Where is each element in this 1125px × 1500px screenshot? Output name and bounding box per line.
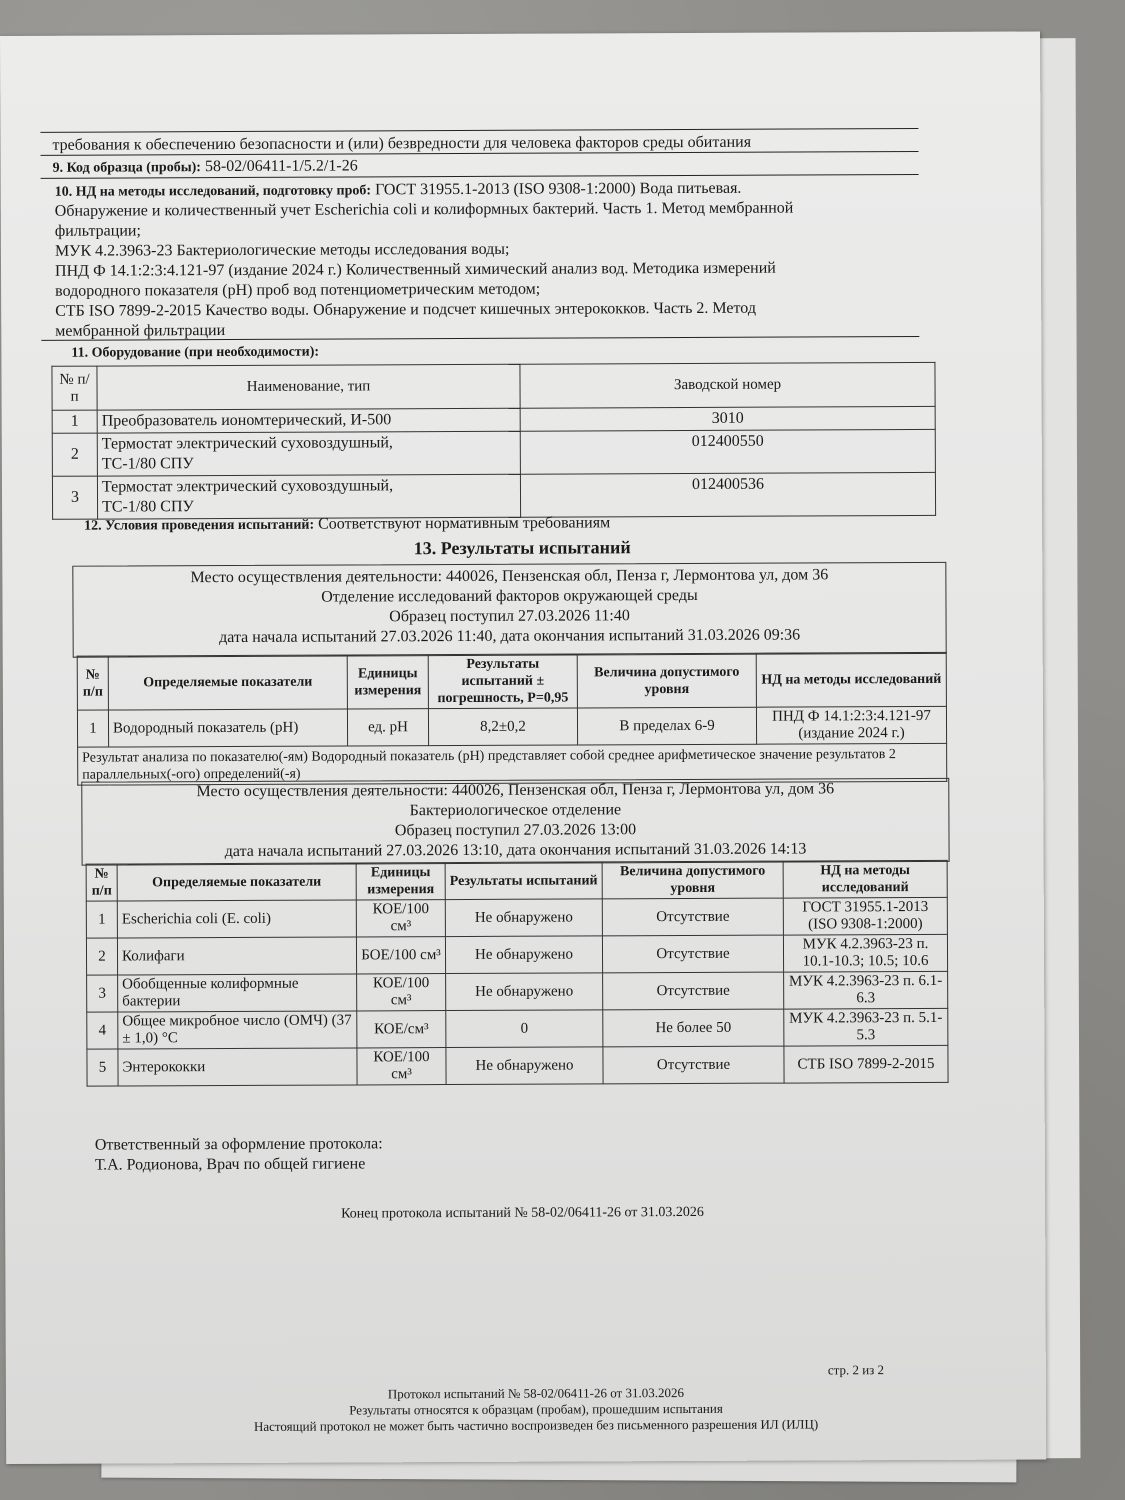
responsible-label: Ответственный за оформление протокола:: [95, 1134, 383, 1155]
row-num: 1: [52, 410, 97, 433]
indicator: Обобщенные колиформные бактерии: [118, 974, 357, 1012]
result: Не обнаружено: [445, 936, 602, 974]
result: Не обнаружено: [446, 1047, 603, 1085]
method: СТБ ISO 7899-2-2015: [784, 1045, 948, 1083]
methods-line: Обнаружение и количественный учет Escher…: [55, 199, 794, 222]
method: МУК 4.2.3963-23 п. 5.1-5.3: [784, 1008, 948, 1046]
col-header-num: № п/п: [77, 656, 108, 710]
allowed-limit: Отсутствие: [602, 935, 783, 973]
col-header-indicator: Определяемые показатели: [117, 863, 356, 901]
method: ПНД Ф 14.1:2:3:4.121-97 (издание 2024 г.…: [756, 706, 946, 744]
result: Не обнаружено: [445, 899, 602, 937]
footer-line: Настоящий протокол не может быть частичн…: [246, 1416, 826, 1435]
test-dates: дата начала испытаний 27.03.2026 13:10, …: [83, 839, 949, 863]
table-row: 3 Термостат электрический суховоздушный,…: [52, 472, 935, 519]
table-row: 1 Водородный показатель (pH) ед. pH 8,2±…: [77, 706, 946, 747]
result: Не обнаружено: [446, 973, 603, 1011]
bacteriology-results-table: № п/п Определяемые показатели Единицы из…: [86, 860, 949, 1087]
row-num: 2: [52, 433, 97, 476]
equipment-serial: 012400550: [520, 429, 935, 474]
unit: КОЕ/100 см³: [357, 1048, 446, 1085]
results-title: 13. Результаты испытаний: [302, 537, 742, 560]
methods-line: МУК 4.2.3963-23 Бактериологические метод…: [55, 240, 510, 262]
method: ГОСТ 31955.1-2013 (ISO 9308-1:2000): [783, 897, 947, 935]
divider: [40, 128, 918, 133]
col-header-method: НД на методы исследований: [756, 652, 946, 707]
sample-code-label: 9. Код образца (пробы):: [53, 160, 201, 176]
col-header-num: № п/п: [52, 366, 97, 410]
sample-code-value: 58-02/06411-1/5.2/1-26: [205, 157, 358, 175]
protocol-end: Конец протокола испытаний № 58-02/06411-…: [341, 1205, 704, 1223]
responsible-name: Т.А. Родионова, Врач по общей гигиене: [95, 1154, 365, 1175]
table-row: 1 Escherichia coli (E. coli) КОЕ/100 см³…: [86, 897, 947, 938]
col-header-method: НД на методы исследований: [783, 860, 947, 898]
allowed-limit: Отсутствие: [603, 1046, 784, 1084]
table-row: 4 Общее микробное число (ОМЧ) (37 ± 1,0)…: [87, 1008, 948, 1049]
indicator: Водородный показатель (pH): [108, 709, 347, 747]
test-conditions: 12. Условия проведения испытаний: Соотве…: [84, 513, 610, 536]
methods-line: фильтрации;: [55, 221, 141, 241]
row-num: 4: [87, 1012, 118, 1049]
equipment-name: Преобразователь иономтерический, И-500: [97, 408, 520, 433]
methods-line: ГОСТ 31955.1-2013 (ISO 9308-1:2000) Вода…: [375, 180, 741, 199]
methods-line: ПНД Ф 14.1:2:3:4.121-97 (издание 2024 г.…: [55, 259, 776, 282]
row-num: 2: [86, 938, 117, 975]
method: МУК 4.2.3963-23 п. 10.1-10.3; 10.5; 10.6: [783, 934, 947, 972]
row-num: 3: [87, 975, 118, 1012]
row-num: 1: [77, 710, 108, 747]
methods-line: водородного показателя (pH) проб вод пот…: [55, 280, 540, 302]
chemistry-results-table: № п/п Определяемые показатели Единицы из…: [77, 652, 948, 786]
col-header-limit: Величина допустимого уровня: [602, 861, 783, 899]
unit: КОЕ/см³: [357, 1011, 446, 1048]
methods-line: СТБ ISO 7899-2-2015 Качество воды. Обнар…: [55, 299, 756, 322]
activity-place: Место осуществления деятельности: 440026…: [73, 565, 945, 589]
allowed-limit: Отсутствие: [603, 972, 784, 1010]
allowed-limit: Отсутствие: [602, 898, 783, 936]
col-header-serial: Заводской номер: [520, 362, 935, 408]
indicator: Escherichia coli (E. coli): [117, 900, 356, 938]
col-header-result: Результаты испытаний ± погрешность, P=0,…: [428, 654, 577, 709]
row-num: 5: [87, 1049, 118, 1086]
col-header-unit: Единицы измерения: [356, 863, 445, 900]
equipment-table: № п/п Наименование, тип Заводской номер …: [51, 362, 936, 520]
table-row: 3 Обобщенные колиформные бактерии КОЕ/10…: [87, 971, 948, 1012]
col-header-limit: Величина допустимого уровня: [577, 653, 756, 708]
row-num: 3: [52, 476, 97, 519]
col-header-unit: Единицы измерения: [347, 655, 428, 709]
test-conditions-label: 12. Условия проведения испытаний:: [84, 518, 314, 534]
activity-place: Место осуществления деятельности: 440026…: [82, 779, 948, 803]
col-header-result: Результаты испытаний: [445, 862, 602, 900]
row-num: 1: [86, 901, 117, 938]
result: 8,2±0,2: [428, 708, 577, 746]
equipment-name: Термостат электрический суховоздушный, Т…: [97, 431, 520, 476]
equipment-name: Термостат электрический суховоздушный, Т…: [97, 474, 520, 519]
unit: КОЕ/100 см³: [357, 974, 446, 1011]
equipment-serial: 012400536: [520, 472, 935, 517]
allowed-limit: Не более 50: [603, 1009, 784, 1047]
result: 0: [446, 1010, 603, 1048]
indicator: Колифаги: [117, 937, 356, 975]
test-dates: дата начала испытаний 27.03.2026 11:40, …: [74, 625, 946, 649]
sample-code: 9. Код образца (пробы): 58-02/06411-1/5.…: [53, 156, 358, 178]
table-row: 2 Колифаги БОЕ/100 см³ Не обнаружено Отс…: [86, 934, 947, 975]
table-row: 5 Энтерококки КОЕ/100 см³ Не обнаружено …: [87, 1045, 948, 1086]
results-block-bacteriology-header: Место осуществления деятельности: 440026…: [81, 778, 949, 866]
indicator: Общее микробное число (ОМЧ) (37 ± 1,0) °…: [118, 1011, 357, 1049]
results-block-chemistry-header: Место осуществления деятельности: 440026…: [72, 562, 946, 658]
indicator: Энтерококки: [118, 1048, 357, 1086]
test-conditions-value: Соответствуют нормативным требованиям: [318, 514, 610, 532]
col-header-indicator: Определяемые показатели: [108, 655, 347, 710]
equipment-serial: 3010: [520, 406, 935, 431]
table-row: 2 Термостат электрический суховоздушный,…: [52, 429, 935, 476]
unit: ед. pH: [347, 709, 428, 746]
col-header-num: № п/п: [86, 864, 117, 901]
unit: БОЕ/100 см³: [356, 937, 445, 974]
unit: КОЕ/100 см³: [356, 900, 445, 937]
col-header-name: Наименование, тип: [97, 364, 520, 410]
protocol-page: требования к обеспечению безопасности и …: [0, 31, 1046, 1464]
equipment-label: 11. Оборудование (при необходимости):: [71, 343, 319, 364]
methods-label: 10. НД на методы исследований, подготовк…: [55, 183, 371, 199]
page-number: стр. 2 из 2: [828, 1362, 884, 1378]
allowed-limit: В пределах 6-9: [577, 707, 756, 745]
method: МУК 4.2.3963-23 п. 6.1-6.3: [784, 971, 948, 1009]
